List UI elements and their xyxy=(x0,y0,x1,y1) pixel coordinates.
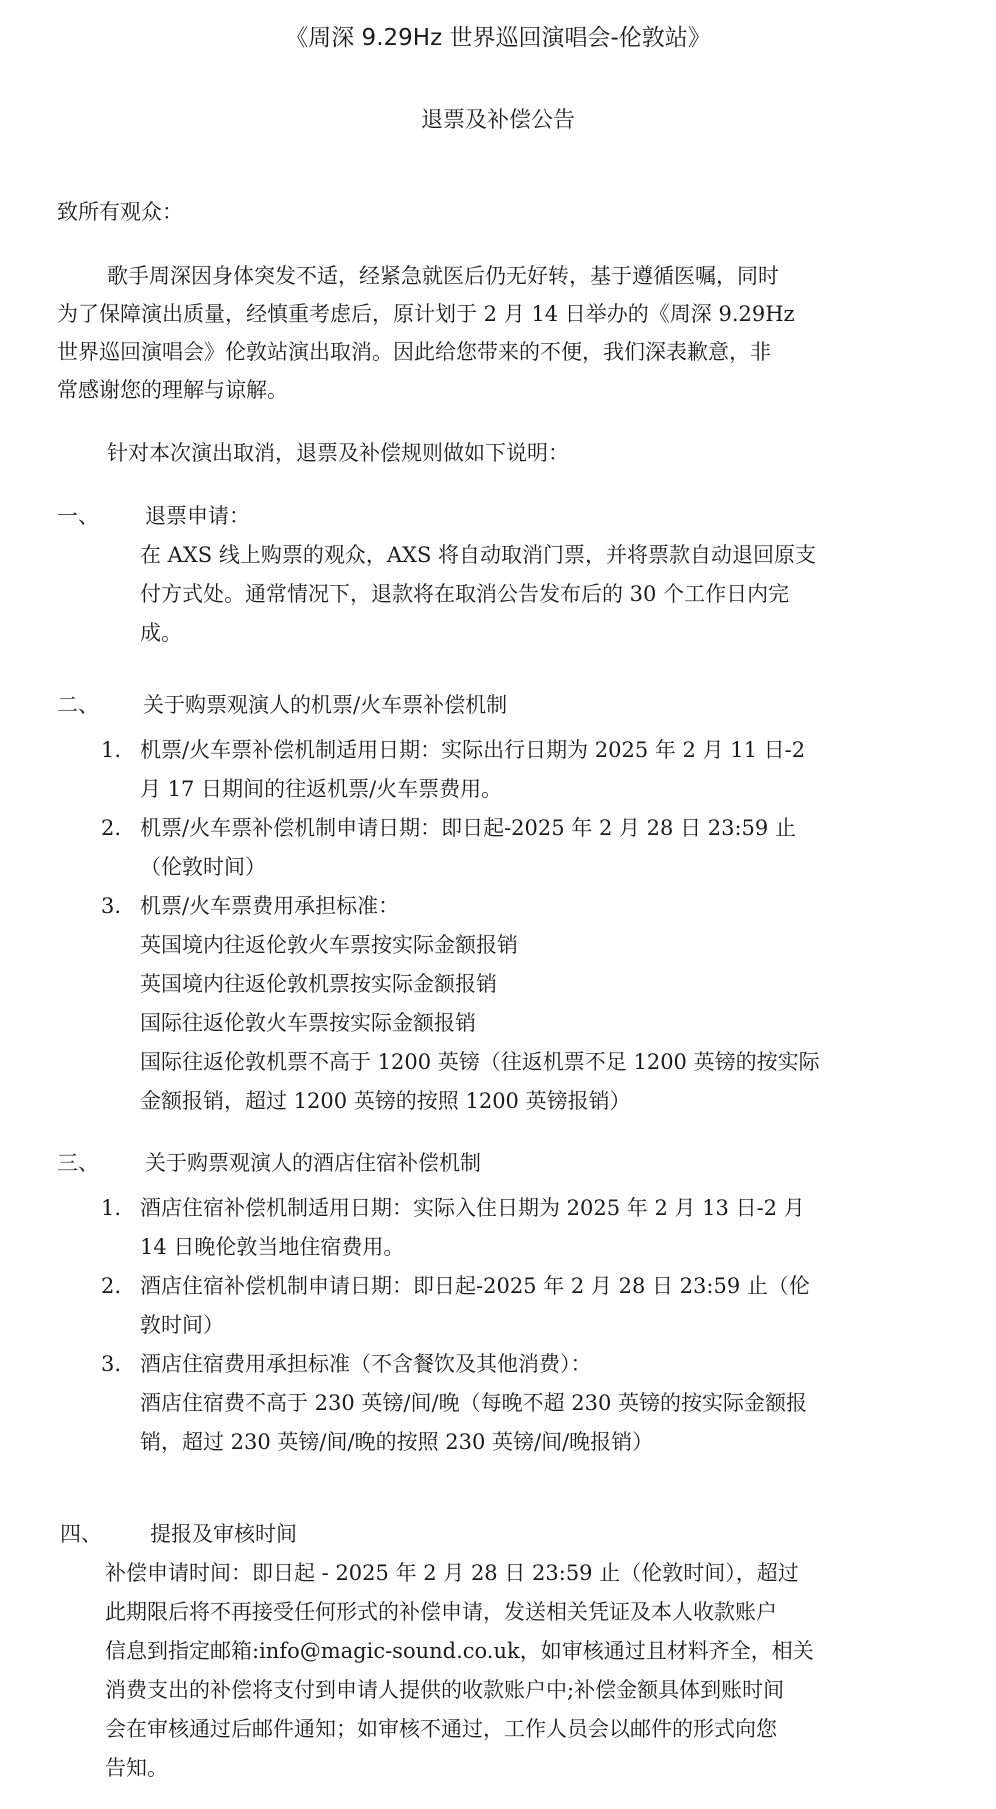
item-line: 敦时间） xyxy=(140,1307,224,1343)
document-subtitle: 退票及补偿公告 xyxy=(0,103,996,139)
section-body-line: 付方式处。通常情况下，退款将在取消公告发布后的 30 个工作日内完 xyxy=(140,576,789,612)
intro-line: 歌手周深因身体突发不适，经紧急就医后仍无好转，基于遵循医嘱，同时 xyxy=(107,258,779,294)
item-line: 14 日晚伦敦当地住宿费用。 xyxy=(140,1229,404,1265)
item-line: 金额报销，超过 1200 英镑的按照 1200 英镑报销） xyxy=(140,1083,631,1119)
item-line: 酒店住宿费用承担标准（不含餐饮及其他消费）： xyxy=(140,1346,592,1382)
section-body-line: 告知。 xyxy=(105,1750,168,1786)
item-line: 国际往返伦敦机票不高于 1200 英镑（往返机票不足 1200 英镑的按实际 xyxy=(140,1044,820,1080)
section-body-line: 会在审核通过后邮件通知；如审核不通过，工作人员会以邮件的形式向您 xyxy=(105,1711,777,1747)
item-line: 酒店住宿费不高于 230 英镑/间/晚（每晚不超 230 英镑的按实际金额报 xyxy=(140,1385,807,1421)
section-body-line: 在 AXS 线上购票的观众，AXS 将自动取消门票，并将票款自动退回原支 xyxy=(140,537,816,573)
item-number: 3. xyxy=(101,888,121,924)
item-line: 国际往返伦敦火车票按实际金额报销 xyxy=(140,1005,476,1041)
item-number: 2. xyxy=(101,810,121,846)
item-number: 1. xyxy=(101,732,121,768)
section-body-line: 补偿申请时间：即日起 - 2025 年 2 月 28 日 23:59 止（伦敦时… xyxy=(105,1555,799,1591)
section-heading: 关于购票观演人的机票/火车票补偿机制 xyxy=(143,687,507,723)
section-body-line: 成。 xyxy=(140,615,182,651)
section-body-line: 此期限后将不再接受任何形式的补偿申请，发送相关凭证及本人收款账户 xyxy=(105,1594,777,1630)
salutation: 致所有观众： xyxy=(57,194,183,230)
intro-line: 世界巡回演唱会》伦敦站演出取消。因此给您带来的不便，我们深表歉意，非 xyxy=(57,334,771,370)
item-line: （伦敦时间） xyxy=(140,849,266,885)
item-line: 机票/火车票补偿机制申请日期：即日起-2025 年 2 月 28 日 23:59… xyxy=(140,810,796,846)
document-title: 《周深 9.29Hz 世界巡回演唱会-伦敦站》 xyxy=(0,20,996,56)
section-marker: 一、 xyxy=(57,498,99,534)
item-number: 2. xyxy=(101,1268,121,1304)
item-line: 销，超过 230 英镑/间/晚的按照 230 英镑/间/晚报销） xyxy=(140,1424,653,1460)
section-heading: 提报及审核时间 xyxy=(150,1516,297,1552)
section-heading: 关于购票观演人的酒店住宿补偿机制 xyxy=(145,1145,481,1181)
section-marker: 三、 xyxy=(57,1145,99,1181)
item-line: 酒店住宿补偿机制申请日期：即日起-2025 年 2 月 28 日 23:59 止… xyxy=(140,1268,810,1304)
item-line: 月 17 日期间的往返机票/火车票费用。 xyxy=(140,771,502,807)
intro-line: 为了保障演出质量，经慎重考虑后，原计划于 2 月 14 日举办的《周深 9.29… xyxy=(57,296,795,332)
section-heading: 退票申请： xyxy=(145,498,250,534)
section-body-line: 消费支出的补偿将支付到申请人提供的收款账户中;补偿金额具体到账时间 xyxy=(105,1672,784,1708)
item-line: 英国境内往返伦敦机票按实际金额报销 xyxy=(140,966,497,1002)
lead-paragraph: 针对本次演出取消，退票及补偿规则做如下说明： xyxy=(107,435,569,471)
item-line: 英国境内往返伦敦火车票按实际金额报销 xyxy=(140,927,518,963)
item-number: 1. xyxy=(101,1190,121,1226)
item-line: 机票/火车票费用承担标准： xyxy=(140,888,399,924)
item-line: 酒店住宿补偿机制适用日期：实际入住日期为 2025 年 2 月 13 日-2 月 xyxy=(140,1190,805,1226)
item-number: 3. xyxy=(101,1346,121,1382)
section-body-line: 信息到指定邮箱:info@magic-sound.co.uk，如审核通过且材料齐… xyxy=(105,1633,814,1669)
section-marker: 四、 xyxy=(60,1516,102,1552)
section-marker: 二、 xyxy=(57,687,99,723)
intro-line: 常感谢您的理解与谅解。 xyxy=(57,372,288,408)
item-line: 机票/火车票补偿机制适用日期：实际出行日期为 2025 年 2 月 11 日-2 xyxy=(140,732,805,768)
